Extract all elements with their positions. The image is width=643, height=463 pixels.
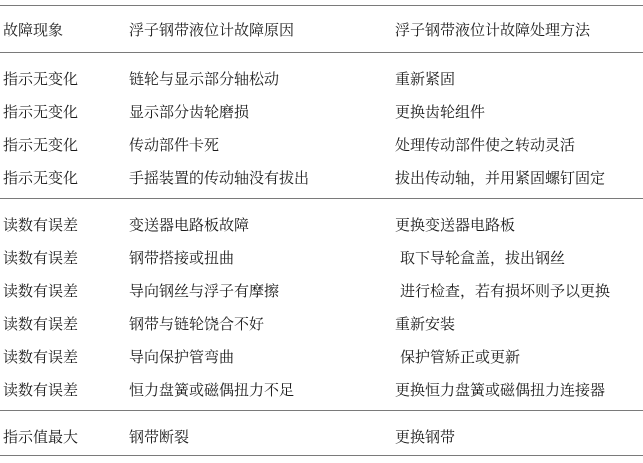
table-row: 读数有误差 钢带与链轮饶合不好 重新安装: [0, 307, 643, 340]
cell-fault-cause: 手摇装置的传动轴没有拔出: [129, 167, 395, 188]
table-row: 指示无变化 链轮与显示部分轴松动 重新紧固: [0, 62, 643, 95]
cell-fault-cause: 显示部分齿轮磨损: [129, 101, 395, 122]
cell-fault-phenomenon: 读数有误差: [0, 214, 129, 235]
cell-fault-phenomenon: 读数有误差: [0, 247, 129, 268]
cell-fault-phenomenon: 指示无变化: [0, 101, 129, 122]
cell-fault-cause: 钢带断裂: [129, 426, 395, 447]
cell-fault-cause: 钢带搭接或扭曲: [129, 247, 395, 268]
table-row: 读数有误差 钢带搭接或扭曲 取下导轮盒盖，拔出钢丝: [0, 241, 643, 274]
cell-fault-remedy: 更换齿轮组件: [395, 101, 643, 122]
cell-fault-remedy: 进行检查，若有损坏则予以更换: [395, 280, 643, 301]
table-row: 读数有误差 恒力盘簧或磁偶扭力不足 更换恒力盘簧或磁偶扭力连接器: [0, 373, 643, 406]
table-row: 指示无变化 传动部件卡死 处理传动部件使之转动灵活: [0, 128, 643, 161]
cell-fault-remedy: 重新紧固: [395, 68, 643, 89]
cell-fault-phenomenon: 读数有误差: [0, 280, 129, 301]
cell-fault-phenomenon: 指示无变化: [0, 167, 129, 188]
cell-fault-remedy: 更换钢带: [395, 426, 643, 447]
header-fault-remedy: 浮子钢带液位计故障处理方法: [395, 19, 590, 40]
cell-fault-cause: 导向保护管弯曲: [129, 346, 395, 367]
table-header-row: 故障现象 浮子钢带液位计故障原因 浮子钢带液位计故障处理方法: [0, 6, 590, 52]
cell-fault-phenomenon: 指示值最大: [0, 426, 129, 447]
cell-fault-cause: 变送器电路板故障: [129, 214, 395, 235]
cell-fault-remedy: 重新安装: [395, 313, 643, 334]
cell-fault-phenomenon: 指示无变化: [0, 134, 129, 155]
table-group-1: 指示无变化 链轮与显示部分轴松动 重新紧固 指示无变化 显示部分齿轮磨损 更换齿…: [0, 53, 643, 199]
cell-fault-cause: 传动部件卡死: [129, 134, 395, 155]
cell-fault-remedy: 更换恒力盘簧或磁偶扭力连接器: [395, 379, 643, 400]
header-fault-phenomenon: 故障现象: [0, 19, 129, 40]
cell-fault-remedy: 拔出传动轴，并用紧固螺钉固定: [395, 167, 643, 188]
table-row: 指示无变化 显示部分齿轮磨损 更换齿轮组件: [0, 95, 643, 128]
table-row: 指示无变化 手摇装置的传动轴没有拔出 拔出传动轴，并用紧固螺钉固定: [0, 161, 643, 194]
cell-fault-cause: 恒力盘簧或磁偶扭力不足: [129, 379, 395, 400]
table-row: 读数有误差 导向保护管弯曲 保护管矫正或更新: [0, 340, 643, 373]
cell-fault-cause: 钢带与链轮饶合不好: [129, 313, 395, 334]
cell-fault-remedy: 保护管矫正或更新: [395, 346, 643, 367]
table-body: 指示无变化 链轮与显示部分轴松动 重新紧固 指示无变化 显示部分齿轮磨损 更换齿…: [0, 53, 643, 456]
cell-fault-phenomenon: 读数有误差: [0, 379, 129, 400]
header-fault-cause: 浮子钢带液位计故障原因: [129, 19, 395, 40]
table-group-2: 读数有误差 变送器电路板故障 更换变送器电路板 读数有误差 钢带搭接或扭曲 取下…: [0, 199, 643, 411]
cell-fault-cause: 导向钢丝与浮子有摩擦: [129, 280, 395, 301]
table-row: 读数有误差 变送器电路板故障 更换变送器电路板: [0, 208, 643, 241]
table-row: 读数有误差 导向钢丝与浮子有摩擦 进行检查，若有损坏则予以更换: [0, 274, 643, 307]
cell-fault-remedy: 取下导轮盒盖，拔出钢丝: [395, 247, 643, 268]
cell-fault-remedy: 更换变送器电路板: [395, 214, 643, 235]
table-header-section: 故障现象 浮子钢带液位计故障原因 浮子钢带液位计故障处理方法: [0, 6, 643, 53]
table-row: 指示值最大 钢带断裂 更换钢带: [0, 420, 643, 453]
table-group-3: 指示值最大 钢带断裂 更换钢带: [0, 411, 643, 456]
fault-diagnosis-table: 故障现象 浮子钢带液位计故障原因 浮子钢带液位计故障处理方法 指示无变化 链轮与…: [0, 5, 643, 456]
cell-fault-phenomenon: 指示无变化: [0, 68, 129, 89]
cell-fault-remedy: 处理传动部件使之转动灵活: [395, 134, 643, 155]
cell-fault-phenomenon: 读数有误差: [0, 346, 129, 367]
cell-fault-cause: 链轮与显示部分轴松动: [129, 68, 395, 89]
cell-fault-phenomenon: 读数有误差: [0, 313, 129, 334]
